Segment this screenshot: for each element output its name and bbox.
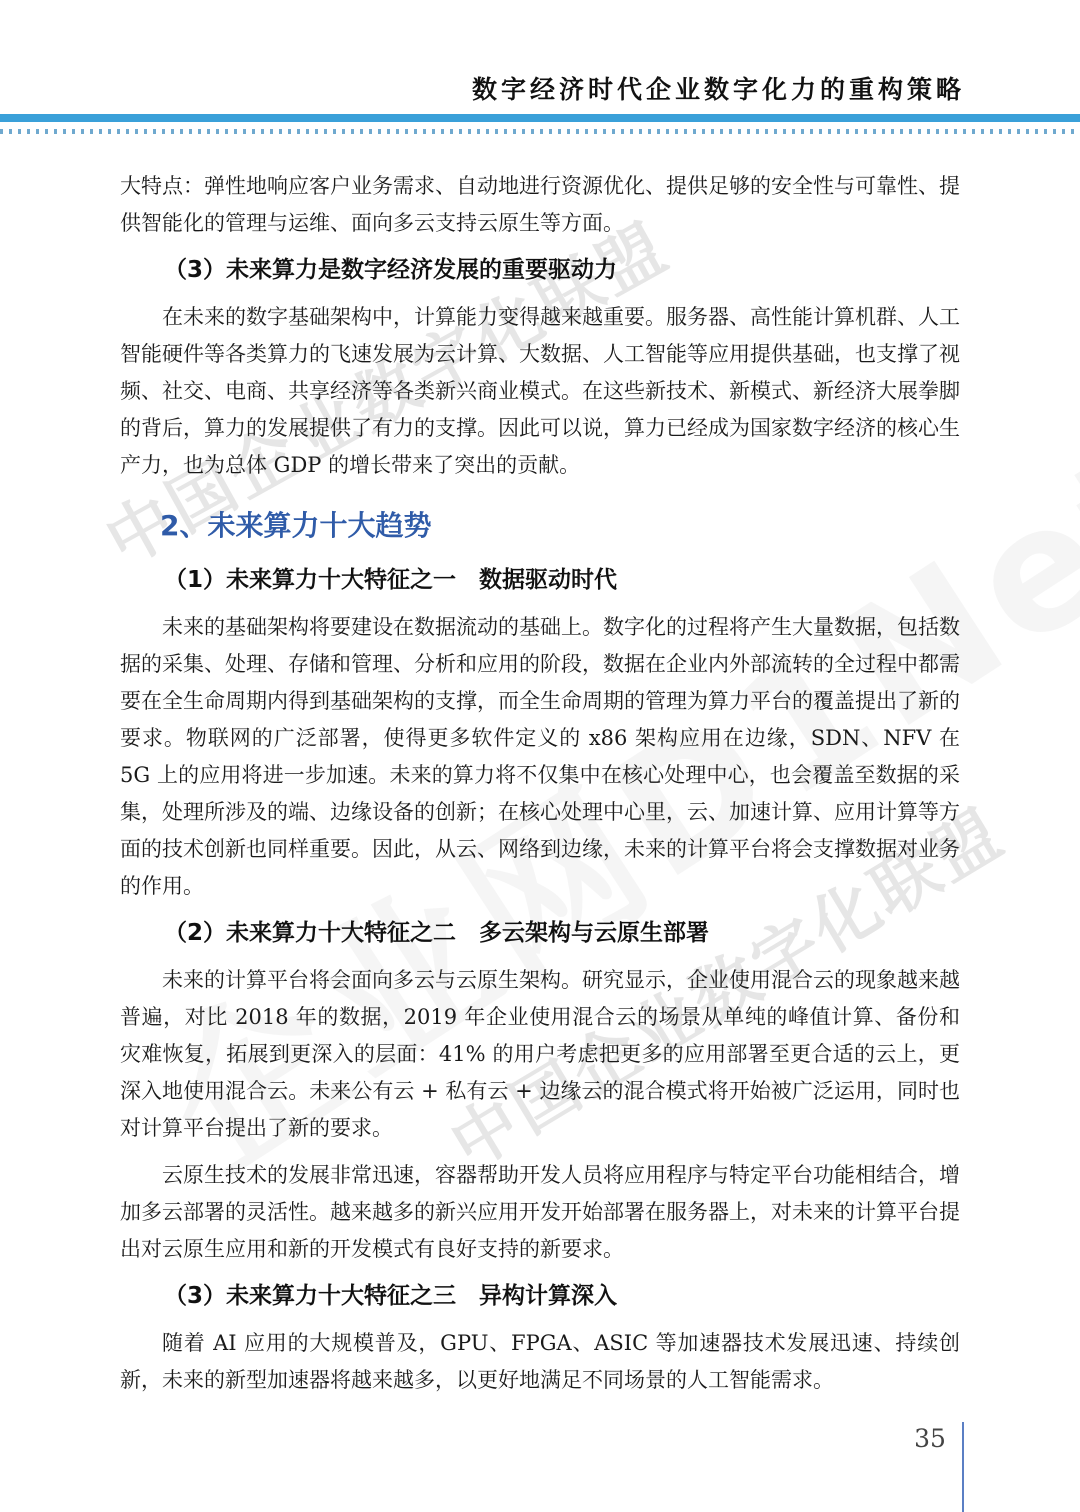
subheading-feature-2-multicloud: （2）未来算力十大特征之二 多云架构与云原生部署 [120,915,960,952]
page-header: 数字经济时代企业数字化力的重构策略 [0,0,1080,134]
subheading-feature-3-heterogeneous: （3）未来算力十大特征之三 异构计算深入 [120,1278,960,1315]
subheading-future-computing-driver: （3）未来算力是数字经济发展的重要驱动力 [120,252,960,289]
section-heading-ten-trends: 2、未来算力十大趋势 [120,506,960,546]
running-head-title: 数字经济时代企业数字化力的重构策略 [0,0,1080,114]
subheading-feature-1-data-driven: （1）未来算力十大特征之一 数据驱动时代 [120,562,960,599]
document-page: 中国企业数字化联盟 中国企业数字化联盟 企业网D1Net 数字经济时代企业数字化… [0,0,1080,1512]
paragraph-continuation: 大特点：弹性地响应客户业务需求、自动地进行资源优化、提供足够的安全性与可靠性、提… [120,168,960,242]
footer-vertical-rule [962,1422,964,1512]
header-solid-rule [0,114,1080,122]
page-number: 35 [905,1424,955,1453]
document-body: 大特点：弹性地响应客户业务需求、自动地进行资源优化、提供足够的安全性与可靠性、提… [0,134,1080,1399]
paragraph-feature-1: 未来的基础架构将要建设在数据流动的基础上。数字化的过程将产生大量数据，包括数据的… [120,609,960,905]
paragraph-feature-2-hybrid-cloud: 未来的计算平台将会面向多云与云原生架构。研究显示，企业使用混合云的现象越来越普遍… [120,962,960,1147]
paragraph-feature-2-cloud-native: 云原生技术的发展非常迅速，容器帮助开发人员将应用程序与特定平台功能相结合，增加多… [120,1157,960,1268]
paragraph-feature-3: 随着 AI 应用的大规模普及，GPU、FPGA、ASIC 等加速器技术发展迅速、… [120,1325,960,1399]
paragraph-digital-infrastructure: 在未来的数字基础架构中，计算能力变得越来越重要。服务器、高性能计算机群、人工智能… [120,299,960,484]
